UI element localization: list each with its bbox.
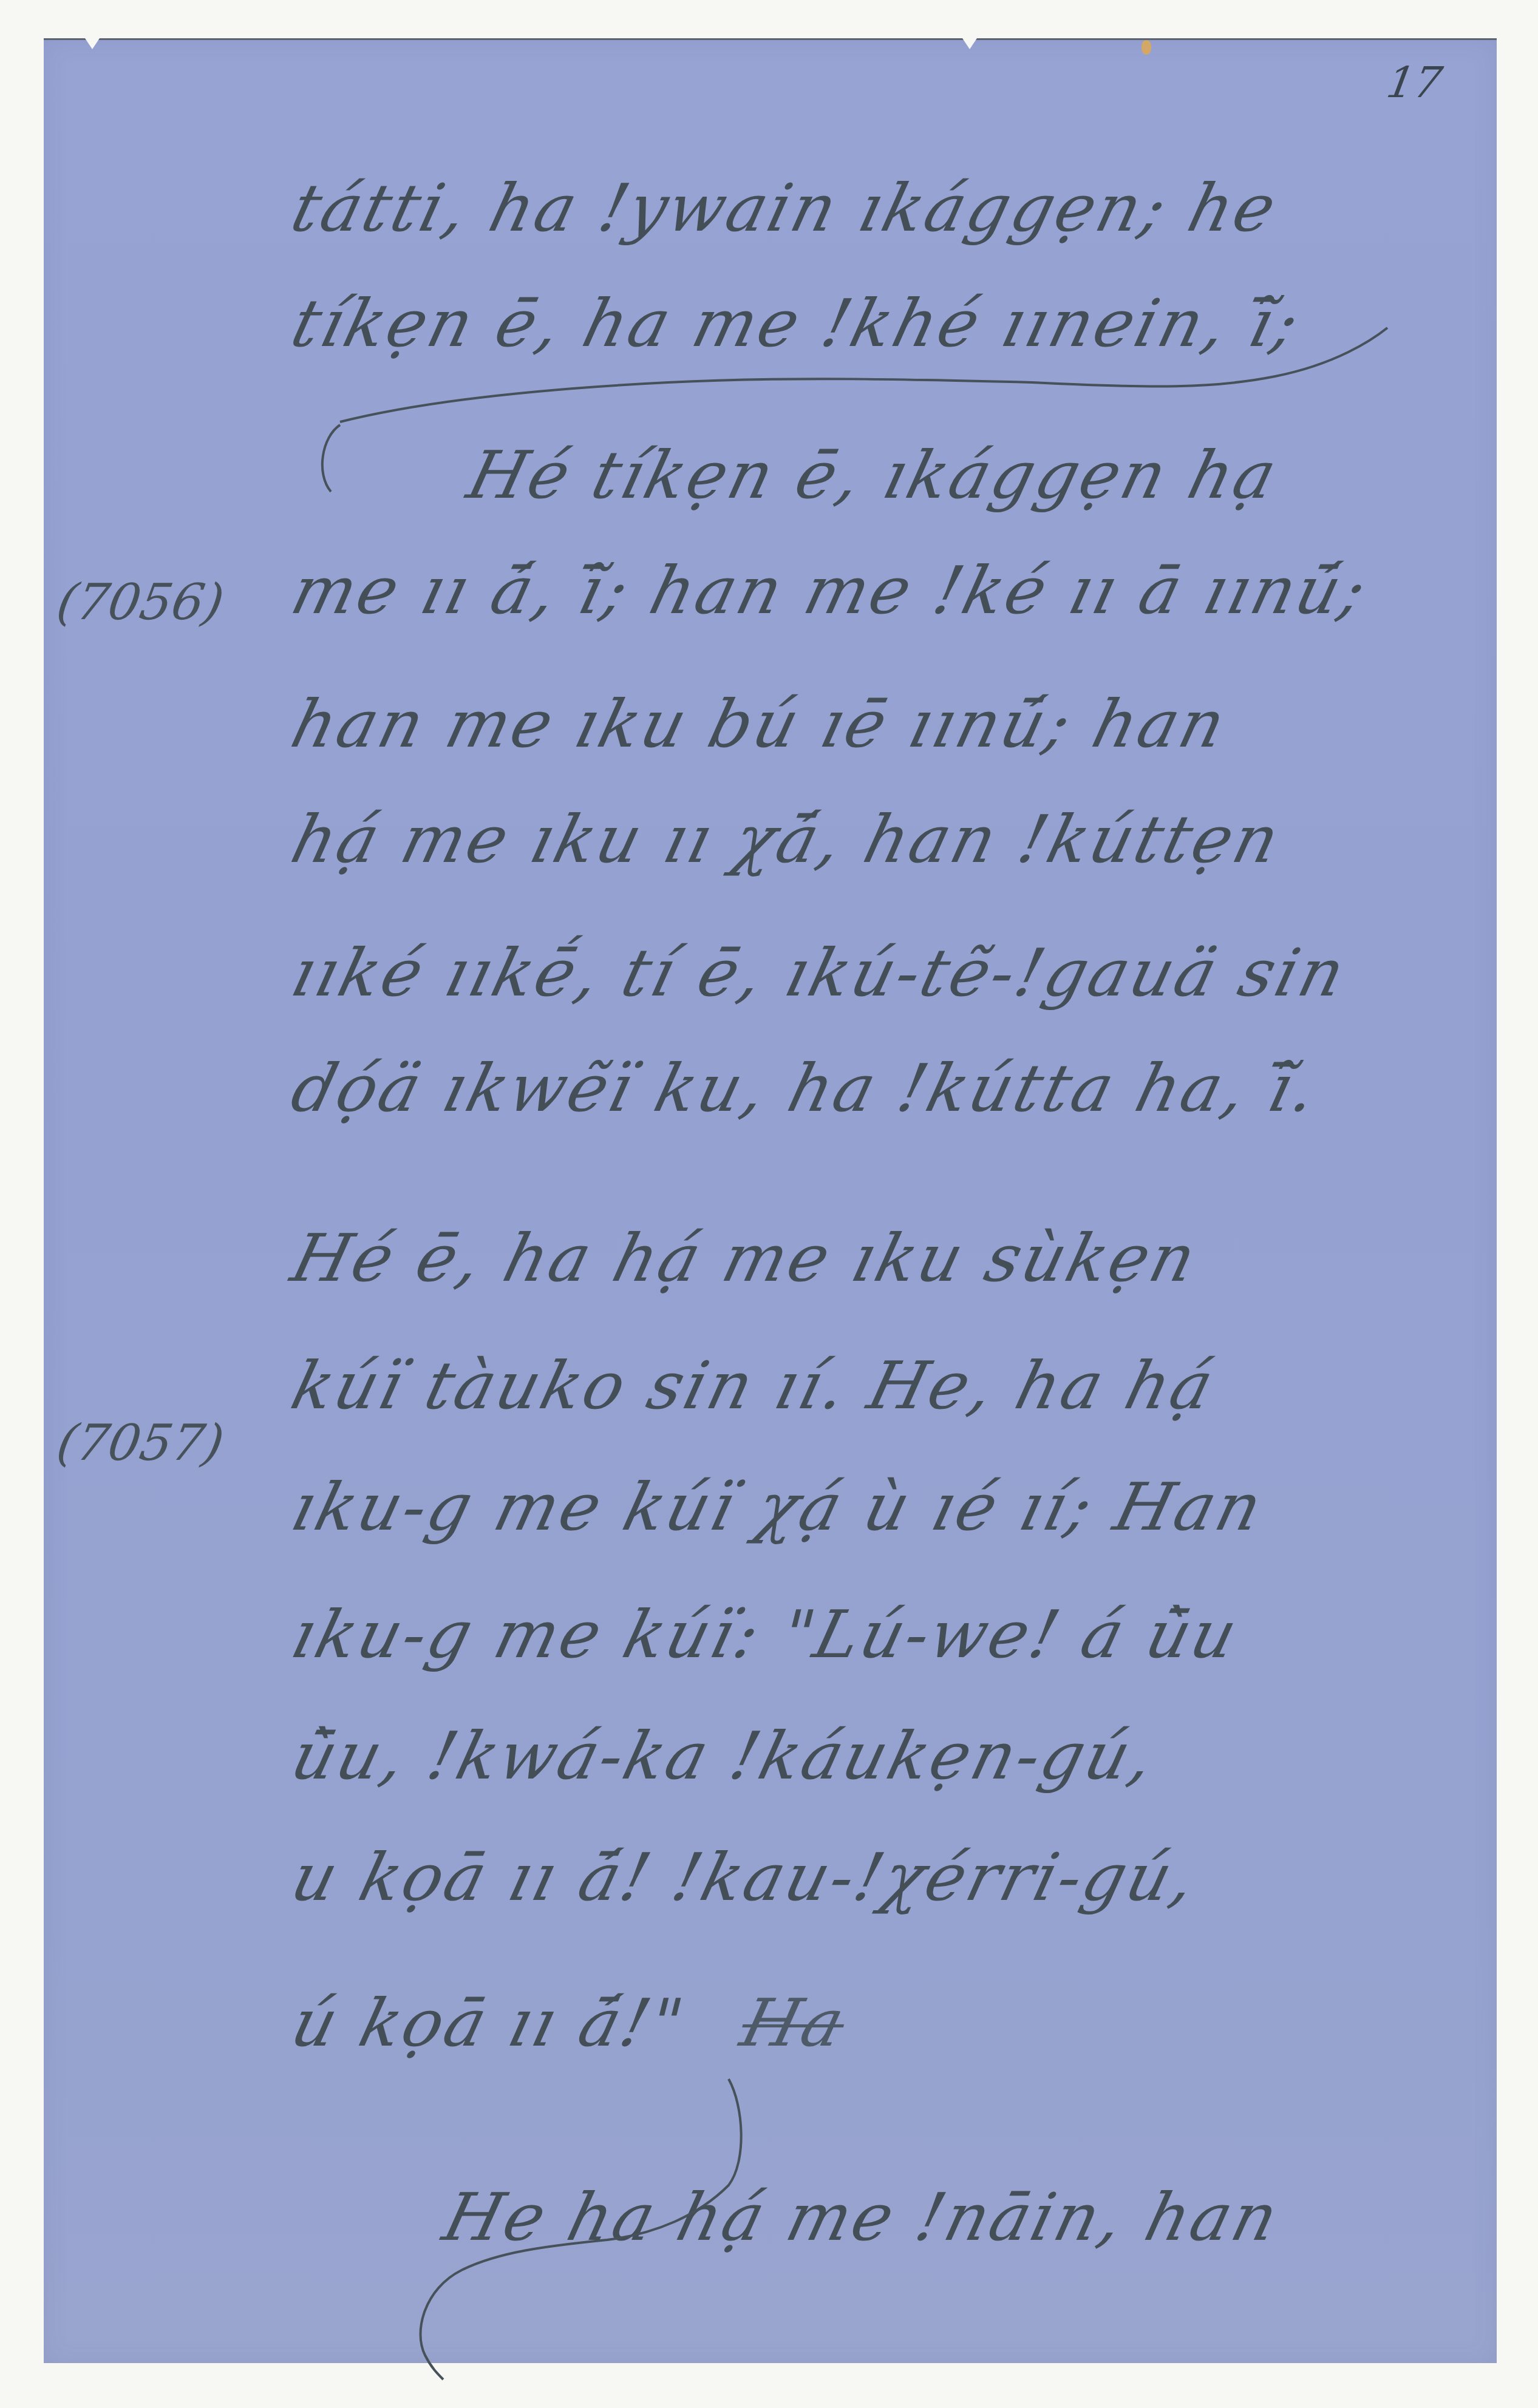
text-line-15: ú kọā ıı ā́!" Ha <box>285 1991 1504 2057</box>
manuscript-scan: 17 (7056) (7057) tátti, ha !ywain ıkággẹ… <box>0 0 1538 2408</box>
torn-edge <box>85 38 100 49</box>
margin-note-7056: (7056) <box>53 574 228 631</box>
text-line-8: dọ́ä ıkwẽï ku, ha !kútta ha, ĩ̄. <box>285 1056 1504 1122</box>
struck-word: Ha <box>735 1991 852 2057</box>
text-line-16: He ha hạ́ me !nāin, han <box>437 2185 1538 2251</box>
text-line-14: u kọā ıı ā́! !kau-!χérri-gú, <box>285 1845 1504 1911</box>
text-line-3: Hé tíkẹn ē, ıkággẹn hạ <box>461 443 1538 509</box>
text-line-11: ıku-g me kúï χạ́ ù ıé ıí; Han <box>285 1475 1504 1541</box>
text-line-6: hạ́ me ıku ıı χā́, han !kúttẹn <box>285 807 1504 873</box>
text-line-9: Hé ē, ha hạ́ me ıku sùkẹn <box>285 1226 1504 1292</box>
margin-note-7057: (7057) <box>53 1414 228 1472</box>
text-line-12: ıku-g me kúï: "Lú-we! á ū̀u <box>285 1603 1504 1668</box>
text-line-15-content: ú kọā ıı ā́!" <box>284 1986 693 2061</box>
page-number: 17 <box>1383 58 1446 107</box>
ink-stain <box>1142 40 1151 55</box>
text-line-5: han me ıku bú ıē ıınū́; han <box>285 692 1504 758</box>
text-line-7: ııké ııkḗ, tí ē, ıkú-tẽ-!gauä sin <box>285 941 1504 1006</box>
text-line-4: me ıı ā́, ĩ̄; han me !ké ıı ā ıınū́; <box>285 558 1504 624</box>
text-line-10: kúï tàuko sin ıí. He, ha hạ́ <box>285 1354 1504 1419</box>
text-line-13: ū̀u, !kwá-ka !káukẹn-gú, <box>285 1724 1504 1789</box>
text-line-2: tíkẹn ē, ha me !khé ıınein, ĩ̄; <box>285 291 1504 357</box>
text-line-1: tátti, ha !ywain ıkággẹn; he <box>285 176 1504 242</box>
torn-edge <box>962 38 977 49</box>
